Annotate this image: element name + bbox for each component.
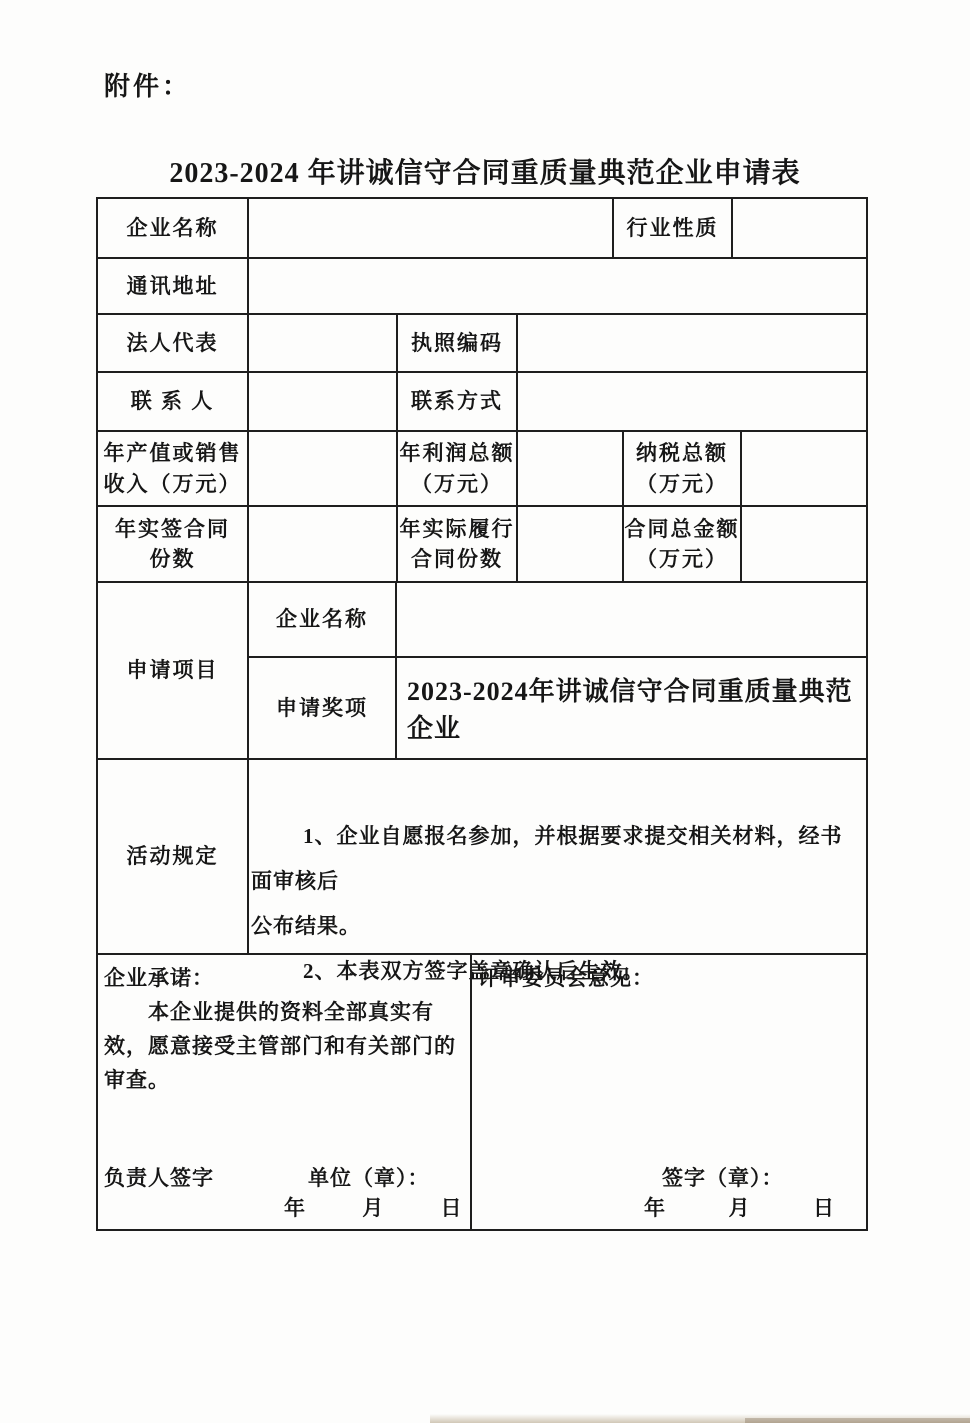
address-label: 通讯地址 — [98, 259, 249, 313]
license-label: 执照编码 — [398, 315, 518, 371]
license-value-cell — [518, 315, 866, 371]
committee-cell: 评审委员会意见： 签字（章）： 年 月 日 — [472, 955, 866, 1229]
tax-total-line2: （万元） — [636, 469, 728, 499]
annual-profit-label: 年利润总额 （万元） — [398, 432, 518, 505]
tax-total-value-cell — [742, 432, 866, 505]
contracts-performed-line1: 年实际履行 — [400, 514, 515, 544]
address-value-cell — [249, 259, 866, 313]
contact-method-label: 联系方式 — [398, 373, 518, 430]
sign-seal-label: 签字（章）： — [662, 1163, 784, 1193]
contracts-signed-line1: 年实签合同 — [115, 514, 230, 544]
annual-output-label: 年产值或销售 收入（万元） — [98, 432, 249, 505]
scanned-form-page: 附件： 2023-2024 年讲诚信守合同重质量典范企业申请表 企业名称 行业性… — [0, 0, 970, 1423]
contract-amount-line1: 合同总金额 — [625, 514, 740, 544]
row-application-project: 申请项目 企业名称 申请奖项 2023-2024年讲诚信守合同重质量典范企业 — [98, 583, 866, 760]
award-label: 申请奖项 — [249, 658, 397, 758]
contact-person-value-cell — [249, 373, 398, 430]
award-value: 2023-2024年讲诚信守合同重质量典范企业 — [397, 658, 866, 758]
annual-profit-line1: 年利润总额 — [400, 438, 515, 468]
row-contracts: 年实签合同 份数 年实际履行 合同份数 合同总金额 （万元） — [98, 507, 866, 583]
project-subcolumn: 企业名称 申请奖项 2023-2024年讲诚信守合同重质量典范企业 — [249, 583, 866, 758]
industry-value-cell — [733, 199, 866, 257]
signer-label: 负责人签字 — [104, 1163, 214, 1193]
row-output-profit-tax: 年产值或销售 收入（万元） 年利润总额 （万元） 纳税总额 （万元） — [98, 432, 866, 507]
annual-output-line2: 收入（万元） — [104, 469, 242, 499]
promise-cell: 企业承诺： 本企业提供的资料全部真实有效，愿意接受主管部门和有关部门的审查。 负… — [98, 955, 472, 1229]
row-company-industry: 企业名称 行业性质 — [98, 199, 866, 259]
contracts-signed-label: 年实签合同 份数 — [98, 507, 249, 581]
legal-rep-label: 法人代表 — [98, 315, 249, 371]
rules-content: 1、企业自愿报名参加，并根据要求提交相关材料，经书面审核后 公布结果。 2、本表… — [249, 760, 866, 953]
row-activity-rules: 活动规定 1、企业自愿报名参加，并根据要求提交相关材料，经书面审核后 公布结果。… — [98, 760, 866, 955]
committee-title: 评审委员会意见： — [472, 955, 866, 993]
award-row: 申请奖项 2023-2024年讲诚信守合同重质量典范企业 — [249, 658, 866, 758]
rules-label: 活动规定 — [98, 760, 249, 953]
project-company-value-cell — [397, 583, 866, 656]
contracts-signed-line2: 份数 — [150, 544, 196, 574]
row-legal-license: 法人代表 执照编码 — [98, 315, 866, 373]
project-company-row: 企业名称 — [249, 583, 866, 658]
tax-total-line1: 纳税总额 — [636, 438, 728, 468]
contracts-performed-label: 年实际履行 合同份数 — [398, 507, 518, 581]
row-contact: 联 系 人 联系方式 — [98, 373, 866, 432]
contract-amount-value-cell — [742, 507, 866, 581]
promise-body: 本企业提供的资料全部真实有效，愿意接受主管部门和有关部门的审查。 — [98, 993, 470, 1097]
project-label: 申请项目 — [98, 583, 249, 758]
row-address: 通讯地址 — [98, 259, 866, 315]
contracts-performed-value-cell — [518, 507, 624, 581]
contracts-performed-line2: 合同份数 — [411, 544, 503, 574]
annual-output-line1: 年产值或销售 — [104, 438, 242, 468]
annual-output-value-cell — [249, 432, 398, 505]
contract-amount-line2: （万元） — [636, 544, 728, 574]
promise-date-line: 年 月 日 — [284, 1193, 463, 1223]
company-name-label: 企业名称 — [98, 199, 249, 257]
contract-amount-label: 合同总金额 （万元） — [624, 507, 742, 581]
tax-total-label: 纳税总额 （万元） — [624, 432, 742, 505]
page-title: 2023-2024 年讲诚信守合同重质量典范企业申请表 — [0, 151, 970, 191]
committee-date-line: 年 月 日 — [644, 1193, 835, 1223]
legal-rep-value-cell — [249, 315, 398, 371]
annual-profit-line2: （万元） — [411, 469, 503, 499]
industry-label: 行业性质 — [614, 199, 733, 257]
company-name-value-cell — [249, 199, 614, 257]
scan-edge-shadow-dark — [745, 1418, 970, 1423]
application-form-table: 企业名称 行业性质 通讯地址 法人代表 执照编码 联 系 人 联系方式 — [96, 197, 868, 1231]
attachment-label: 附件： — [104, 66, 191, 103]
unit-seal-label: 单位（章）： — [308, 1163, 430, 1193]
annual-profit-value-cell — [518, 432, 624, 505]
contact-person-label: 联 系 人 — [98, 373, 249, 430]
row-promise-committee: 企业承诺： 本企业提供的资料全部真实有效，愿意接受主管部门和有关部门的审查。 负… — [98, 955, 866, 1229]
rule1-line1: 1、企业自愿报名参加，并根据要求提交相关材料，经书面审核后 — [251, 814, 850, 904]
contact-method-value-cell — [518, 373, 866, 430]
project-company-label: 企业名称 — [249, 583, 397, 656]
rule1-line2: 公布结果。 — [251, 904, 850, 949]
contracts-signed-value-cell — [249, 507, 398, 581]
promise-title: 企业承诺： — [98, 955, 470, 993]
